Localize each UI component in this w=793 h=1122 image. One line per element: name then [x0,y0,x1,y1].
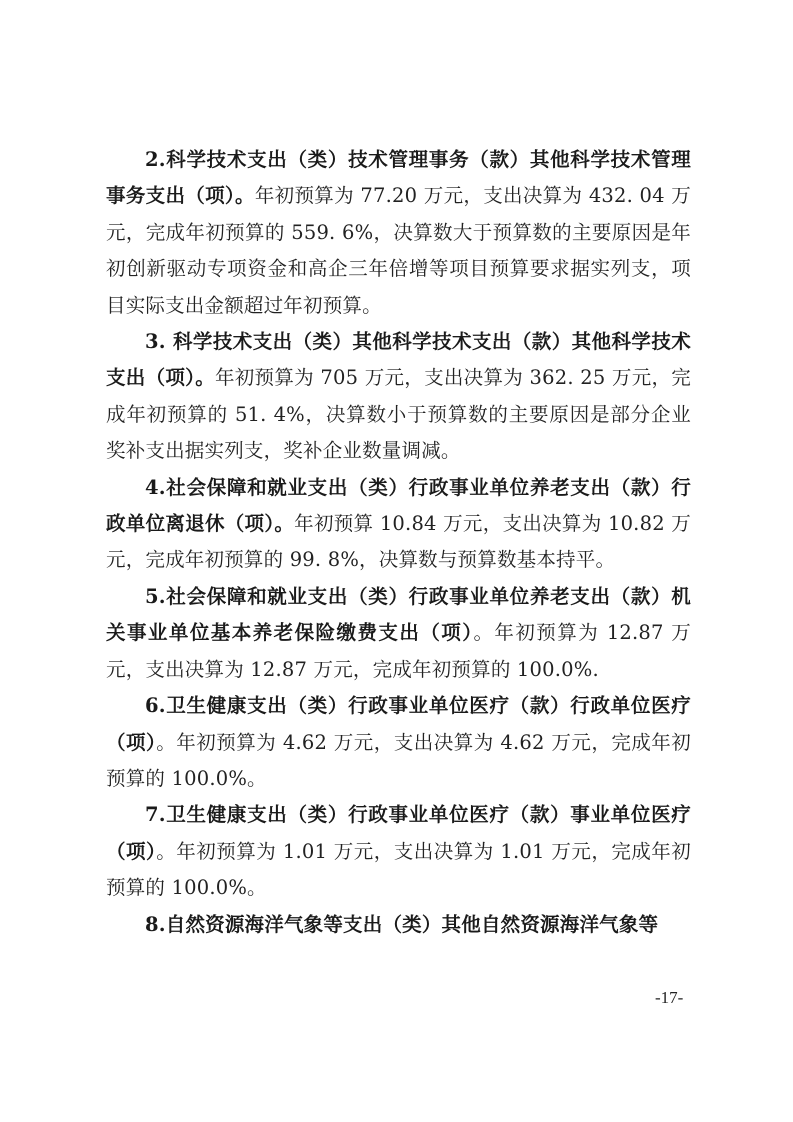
document-page: 2.科学技术支出（类）技术管理事务（款）其他科学技术管理事务支出（项）。年初预算… [106,142,691,943]
page-number: -17- [655,988,683,1008]
paragraph-body: 。年初预算为 1.01 万元，支出决算为 1.01 万元，完成年初预算的 100… [106,840,691,899]
paragraph-item-8: 8.自然资源海洋气象等支出（类）其他自然资源海洋气象等 [106,907,691,943]
paragraph-item-5: 5.社会保障和就业支出（类）行政事业单位养老支出（款）机关事业单位基本养老保险缴… [106,579,691,688]
paragraph-item-7: 7.卫生健康支出（类）行政事业单位医疗（款）事业单位医疗（项）。年初预算为 1.… [106,797,691,906]
paragraph-body: 。年初预算为 4.62 万元，支出决算为 4.62 万元，完成年初预算的 100… [106,731,691,790]
paragraph-item-3: 3. 科学技术支出（类）其他科学技术支出（款）其他科学技术支出（项）。年初预算为… [106,324,691,470]
paragraph-heading: 8.自然资源海洋气象等支出（类）其他自然资源海洋气象等 [145,913,658,936]
paragraph-item-6: 6.卫生健康支出（类）行政事业单位医疗（款）行政单位医疗（项）。年初预算为 4.… [106,688,691,797]
paragraph-item-2: 2.科学技术支出（类）技术管理事务（款）其他科学技术管理事务支出（项）。年初预算… [106,142,691,324]
paragraph-item-4: 4.社会保障和就业支出（类）行政事业单位养老支出（款）行政单位离退休（项）。年初… [106,470,691,579]
